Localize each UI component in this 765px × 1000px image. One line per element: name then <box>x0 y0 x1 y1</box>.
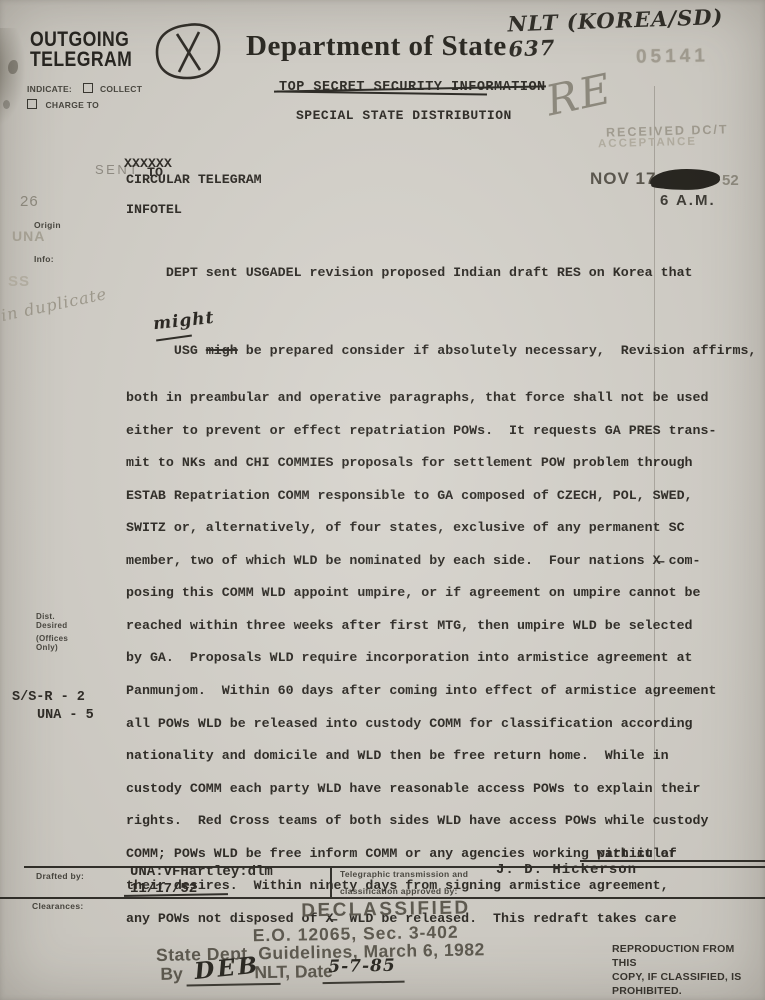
carryover-word: particular <box>597 846 677 861</box>
body-line: custody COMM each party WLD have reasona… <box>126 781 732 814</box>
dist-desired-label-1: Dist. <box>36 612 55 621</box>
declassified-stamp: DECLASSIFIED E.O. 12065, Sec. 3-402 Stat… <box>149 895 621 1000</box>
body-line: both in preambular and operative paragra… <box>126 390 732 423</box>
body-line: all POWs WLD be released into custody CO… <box>126 716 732 749</box>
approved-by-signature: J. D. Hickerson <box>496 862 637 878</box>
body-line: reached within three weeks after first M… <box>126 618 732 651</box>
drafted-by-value: UNA:VFHartley:dlm <box>130 864 273 880</box>
body-line: SWITZ or, alternatively, of four states,… <box>126 520 732 553</box>
drafted-by-label: Drafted by: <box>36 871 84 881</box>
body-line: nationality and domicile and WLD then be… <box>126 748 732 781</box>
collect-label: COLLECT <box>100 84 142 94</box>
paper-speck <box>3 100 10 109</box>
pencil-initials: RE <box>542 64 617 126</box>
infotel-caption: INFOTEL <box>126 202 182 217</box>
outgoing-label: OUTGOING <box>30 29 132 49</box>
telegram-label: TELEGRAM <box>30 49 132 69</box>
declassified-by-label: By <box>160 964 183 985</box>
declassified-by-underline <box>187 983 281 987</box>
charge-to-label: CHARGE TO <box>45 100 99 110</box>
body-line: posing this COMM WLD appoint umpire, or … <box>126 585 732 618</box>
typed-xxx-overstrike: XXXXXX <box>124 156 172 171</box>
charge-to-checkbox <box>27 99 37 109</box>
date-stamp-time: 6 A.M. <box>660 192 716 209</box>
approved-label-line2: classification approved by: <box>340 886 458 896</box>
reproduction-line3: PROHIBITED. <box>612 984 762 998</box>
date-stamp-year: 52 <box>722 172 739 189</box>
struck-word: migh <box>206 343 238 358</box>
body-line: DEPT sent USGADEL revision proposed Indi… <box>126 265 732 298</box>
clearances-label: Clearances: <box>32 901 84 911</box>
handwritten-insertion: might <box>152 307 215 333</box>
declassified-nlt-label: NLT, Date <box>254 961 333 983</box>
distribution-count-1: S/S-R - 2 <box>12 690 85 705</box>
info-value: SS <box>8 273 30 290</box>
body-line-with-correction: USG migh be prepared consider if absolut… <box>126 328 732 361</box>
dist-desired-label-2: Desired <box>36 621 67 630</box>
ink-scribble-blob <box>650 168 721 191</box>
serial-number-stamp: 05141 <box>636 45 709 68</box>
declassified-date-underline <box>323 981 405 984</box>
department-title: Department of State <box>246 30 507 63</box>
body-line: ESTAB Repatriation COMM responsible to G… <box>126 488 732 521</box>
circled-x-mark <box>150 20 226 84</box>
dist-desired-label-4: Only) <box>36 643 58 652</box>
distribution-line: SPECIAL STATE DISTRIBUTION <box>296 108 512 123</box>
body-line-prefix: USG <box>174 343 206 358</box>
charge-to-row: CHARGE TO <box>27 95 99 113</box>
body-line: mit to NKs and CHI COMMIES proposals for… <box>126 455 732 488</box>
body-line: member, two of which WLD be nominated by… <box>126 553 732 586</box>
body-line: by GA. Proposals WLD require incorporati… <box>126 650 732 683</box>
dist-desired-label-3: (Offices <box>36 634 68 643</box>
declassified-line1: DECLASSIFIED <box>301 898 471 923</box>
margin-cursive-note: in duplicate <box>0 284 109 325</box>
body-line: Panmunjom. Within 60 days after coming i… <box>126 683 732 716</box>
date-stamp-month-day: NOV 17 <box>590 169 656 189</box>
reproduction-line2: COPY, IF CLASSIFIED, IS <box>612 970 762 984</box>
outgoing-telegram-stamp: OUTGOING TELEGRAM <box>30 29 132 69</box>
info-label: Info: <box>34 254 54 264</box>
telegram-body: DEPT sent USGADEL revision proposed Indi… <box>126 235 732 973</box>
origin-value: UNA <box>12 228 45 244</box>
indicate-label: INDICATE: <box>27 84 72 94</box>
body-line-rest: be prepared consider if absolutely neces… <box>238 343 757 358</box>
received-stamp-line2: ACCEPTANCE <box>598 136 697 151</box>
scribble-line <box>156 334 192 341</box>
collect-checkbox <box>83 83 93 93</box>
reproduction-line1: REPRODUCTION FROM THIS <box>612 942 762 970</box>
declassified-by-signature: DEB <box>193 951 261 985</box>
telegram-type: CIRCULAR TELEGRAM <box>126 172 262 187</box>
body-line: either to prevent or effect repatriation… <box>126 423 732 456</box>
torn-corner-blotch <box>0 28 26 128</box>
pencil-number: 26 <box>20 193 39 210</box>
telegram-page: OUTGOING TELEGRAM INDICATE: COLLECT CHAR… <box>0 0 765 1000</box>
form-divider <box>330 866 332 899</box>
declassified-date-value: 5-7-85 <box>328 956 396 977</box>
body-line: rights. Red Cross teams of both sides WL… <box>126 813 732 846</box>
approved-label-line1: Telegraphic transmission and <box>340 869 468 879</box>
reproduction-stamp: REPRODUCTION FROM THIS COPY, IF CLASSIFI… <box>612 942 762 998</box>
distribution-count-2: UNA - 5 <box>37 708 94 723</box>
